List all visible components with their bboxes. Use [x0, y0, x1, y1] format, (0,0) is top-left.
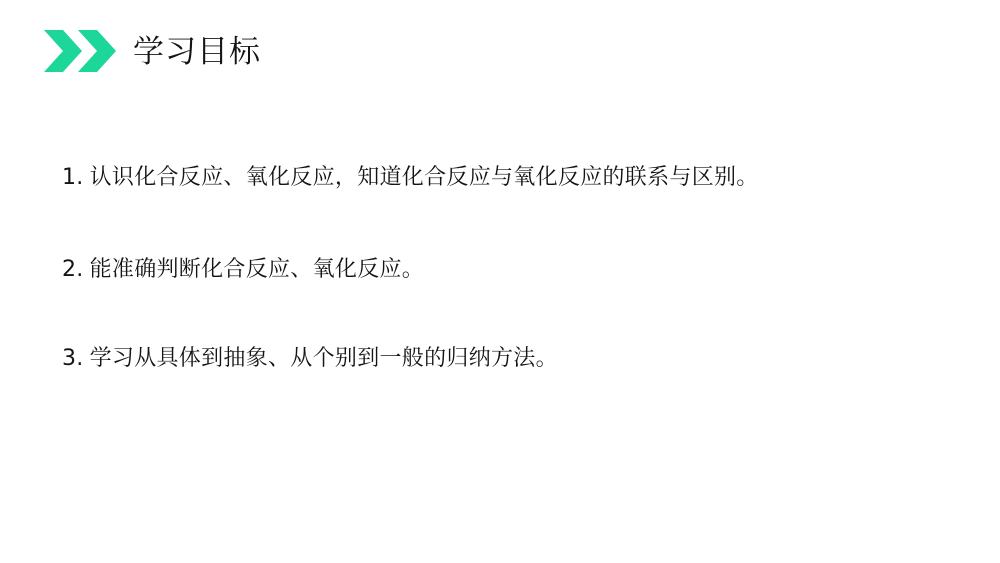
objective-number: 2.	[62, 257, 84, 282]
objective-item: 1.认识化合反应、氧化反应，知道化合反应与氧化反应的联系与区别。	[62, 163, 759, 193]
objective-item: 2.能准确判断化合反应、氧化反应。	[62, 255, 424, 285]
objective-number: 1.	[62, 165, 84, 190]
objective-text: 能准确判断化合反应、氧化反应。	[90, 257, 425, 282]
objective-number: 3.	[62, 346, 84, 371]
slide-header: 学习目标	[0, 0, 1000, 100]
double-chevron-right-icon	[44, 30, 116, 72]
slide-title: 学习目标	[133, 32, 261, 72]
objective-text: 认识化合反应、氧化反应，知道化合反应与氧化反应的联系与区别。	[90, 165, 759, 190]
objective-item: 3.学习从具体到抽象、从个别到一般的归纳方法。	[62, 344, 558, 374]
objective-text: 学习从具体到抽象、从个别到一般的归纳方法。	[90, 346, 558, 371]
